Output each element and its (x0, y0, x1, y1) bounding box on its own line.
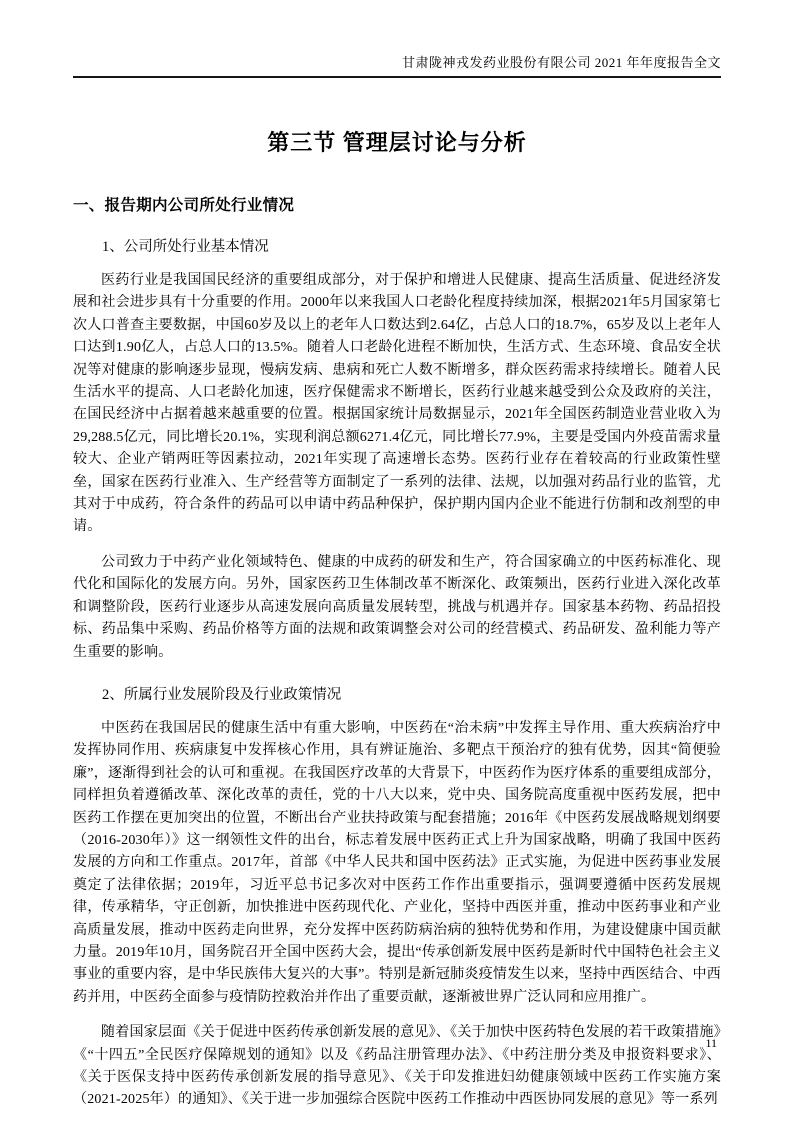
paragraph-company-focus: 公司致力于中药产业化领域特色、健康的中成药的研发和生产，符合国家确立的中医药标准… (73, 552, 721, 664)
header-text: 甘肃陇神戎发药业股份有限公司 2021 年年度报告全文 (402, 55, 721, 70)
page-header: 甘肃陇神戎发药业股份有限公司 2021 年年度报告全文 (73, 0, 721, 78)
report-page: 甘肃陇神戎发药业股份有限公司 2021 年年度报告全文 第三节 管理层讨论与分析… (0, 0, 793, 1122)
paragraph-national-policies: 随着国家层面《关于促进中医药传承创新发展的意见》、《关于加快中医药特色发展的若干… (73, 1022, 721, 1112)
subheading-industry-stage-policy: 2、所属行业发展阶段及行业政策情况 (73, 685, 721, 705)
paragraph-tcm-development: 中医药在我国居民的健康生活中有重大影响，中医药在“治未病”中发挥主导作用、重大疾… (73, 718, 721, 1009)
paragraph-industry-macro: 医药行业是我国国民经济的重要组成部分，对于保护和增进人民健康、提高生活质量、促进… (73, 270, 721, 539)
page-content: 第三节 管理层讨论与分析 一、报告期内公司所处行业情况 1、公司所处行业基本情况… (73, 128, 721, 1112)
subheading-industry-basic: 1、公司所处行业基本情况 (73, 237, 721, 257)
heading-industry-overview: 一、报告期内公司所处行业情况 (73, 195, 721, 216)
page-number: 11 (705, 1035, 717, 1051)
section-title: 第三节 管理层讨论与分析 (73, 128, 721, 158)
